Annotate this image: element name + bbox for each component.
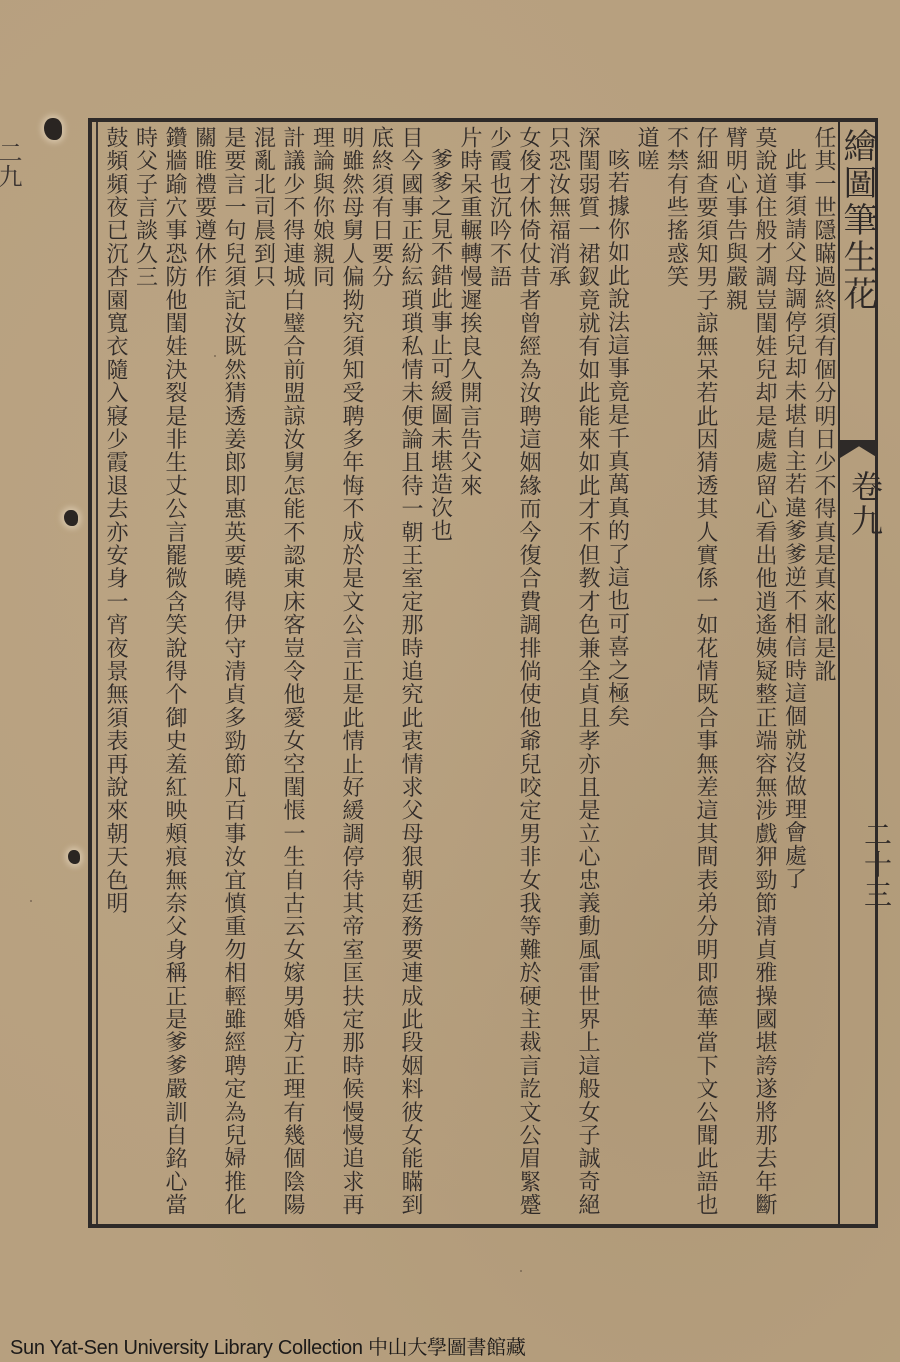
paper-speck xyxy=(520,1270,522,1272)
binding-hole xyxy=(64,510,78,526)
text-column: 鼓頻頻夜已沉杏園寬衣隨入寢少霞退去亦安身一宵夜景無須表再說來朝天色明 xyxy=(101,126,131,1224)
frame-inner-rule xyxy=(96,122,98,1224)
text-column: 話說次日絕早文公父子起身梳洗完畢整冠束帶同趨王府候安與各官會議正事却好小峰亦來請… xyxy=(100,126,101,1224)
text-column: 是要言一句兒須記汝既然猜透姜郎即惠英要曉得伊守清貞多勁節凡百事汝宜慎重勿相輕雖經… xyxy=(189,126,248,1224)
library-watermark-caption: Sun Yat-Sen University Library Collectio… xyxy=(10,1331,526,1360)
text-column: 道嗟 xyxy=(632,126,662,1224)
text-column: 仔細查要須知男子諒無呆若此因猜透其人實係一如花情既合事無差這其間表弟分明即德華當… xyxy=(661,126,720,1224)
text-column: 鑽牆踰穴事恐防他閨娃決裂是非生丈公言罷微含笑說得个御史羞紅映頰痕無奈父身稱正是爹… xyxy=(130,126,189,1224)
text-column: 咳若據你如此說法這事竟是千真萬真的了這也可喜之極矣 xyxy=(602,126,632,1224)
text-column: 莫說道住般才調豈閨娃兒却是處處留心看出他逍遙姨疑整正端容無涉戲狎勁節清貞雅操國堪… xyxy=(720,126,779,1224)
volume-label: 卷九 xyxy=(848,470,888,538)
text-column: 明雖然母舅人偏拗究須知受聘多年悔不成於是文公言正是此情止好緩調停待其帝室匡扶定那… xyxy=(307,126,366,1224)
text-column: 爹爹之見不錯此事止可緩圖未堪造次也 xyxy=(425,126,455,1224)
text-column: 女俊才休倚仗昔者曾經為汝聘這姻緣而今復合費調排倘使他爺兒咬定男非女我等難於硬主裁… xyxy=(484,126,543,1224)
text-column: 計議少不得連城白璧合前盟諒汝舅怎能不認東床客豈令他愛女空閨悵一生自古云女嫁男婚方… xyxy=(248,126,307,1224)
text-column: 此事須請父母調停兒却未堪自主若違爹爹逆不相信時這個就沒做理會處了 xyxy=(779,126,809,1224)
paper-speck xyxy=(30,900,32,902)
left-margin-fragment: 二九 xyxy=(0,140,26,188)
paper-speck xyxy=(214,355,216,357)
binding-hole xyxy=(44,118,62,140)
frame-bottom-rule xyxy=(88,1224,878,1228)
binding-hole xyxy=(68,850,80,864)
page-number: 二十三 xyxy=(846,820,896,910)
text-column: 深閨弱質一裙釵竟就有如此能來如此才不但教才色兼全貞且孝亦且是立心忠義動風雷世界上… xyxy=(543,126,602,1224)
book-title: 繪圖筆生花 xyxy=(842,128,882,313)
text-column: 目今國事正紛紜瑣瑣私情未便論且待一朝王室定那時追究此衷情求父母狠朝廷務要連成此段… xyxy=(366,126,425,1224)
body-text: 任其一世隱瞞過終須有個分明日少不得真是真來訛是訛此事須請父母調停兒却未堪自主若違… xyxy=(100,126,838,1224)
text-column: 片時呆重輾轉慢遲挨良久開言告父來 xyxy=(455,126,485,1224)
scanned-page: 二九 任其一世隱瞞過終須有個分明日少不得真是真來訛是訛此事須請父母調停兒却未堪自… xyxy=(0,0,900,1362)
